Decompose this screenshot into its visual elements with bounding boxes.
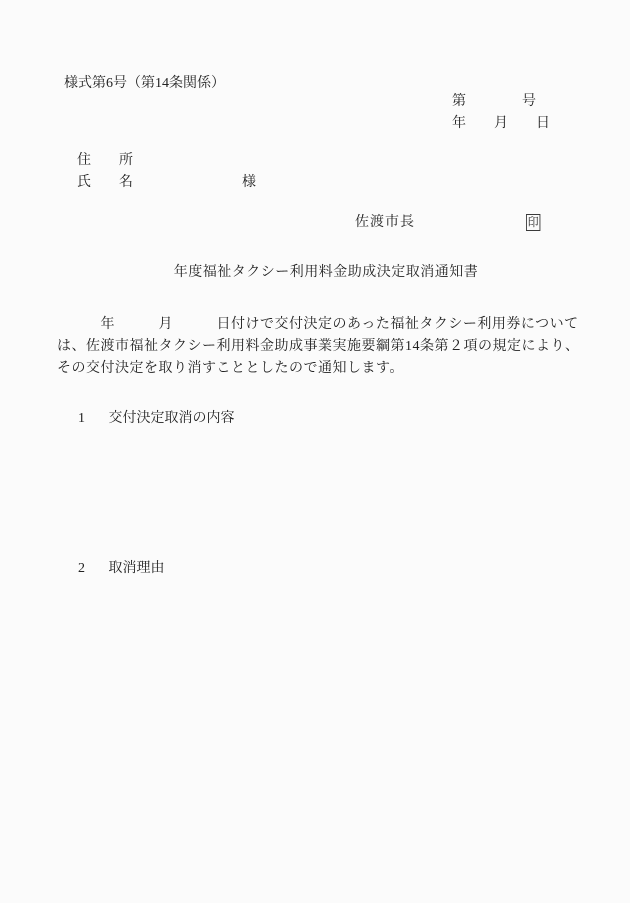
section-1: 1 交付決定取消の内容 xyxy=(78,411,235,428)
document-page: 様式第6号（第14条関係） 第 号 年 月 日 住 所 氏 名 様 佐渡市長 印… xyxy=(0,0,630,903)
issuer-title: 佐渡市長 xyxy=(355,215,415,232)
section-2-number: 2 xyxy=(78,561,105,578)
section-1-number: 1 xyxy=(78,411,105,428)
body-line-2: は、佐渡市福祉タクシー利用料金助成事業実施要綱第14条第２項の規定により、 xyxy=(57,336,597,358)
recipient-name-row: 氏 名 様 xyxy=(77,175,133,192)
section-1-label: 交付決定取消の内容 xyxy=(109,411,235,426)
recipient-honorific: 様 xyxy=(242,175,256,192)
document-title: 年度福祉タクシー利用料金助成決定取消通知書 xyxy=(0,265,630,282)
seal-mark: 印 xyxy=(526,214,540,231)
body-line-3: その交付決定を取り消すこととしたので通知します。 xyxy=(57,358,597,380)
section-2-label: 取消理由 xyxy=(109,561,165,576)
recipient-name-label: 氏 名 xyxy=(77,175,133,190)
form-number: 様式第6号（第14条関係） xyxy=(64,76,225,93)
body-line-1: 年 月 日付けで交付決定のあった福祉タクシー利用券について xyxy=(57,314,597,336)
recipient-address-label: 住 所 xyxy=(77,153,133,170)
date-line: 年 月 日 xyxy=(452,116,550,133)
body-paragraph: 年 月 日付けで交付決定のあった福祉タクシー利用券について は、佐渡市福祉タクシ… xyxy=(57,314,597,380)
document-number-line: 第 号 xyxy=(452,94,536,111)
section-2: 2 取消理由 xyxy=(78,561,165,578)
